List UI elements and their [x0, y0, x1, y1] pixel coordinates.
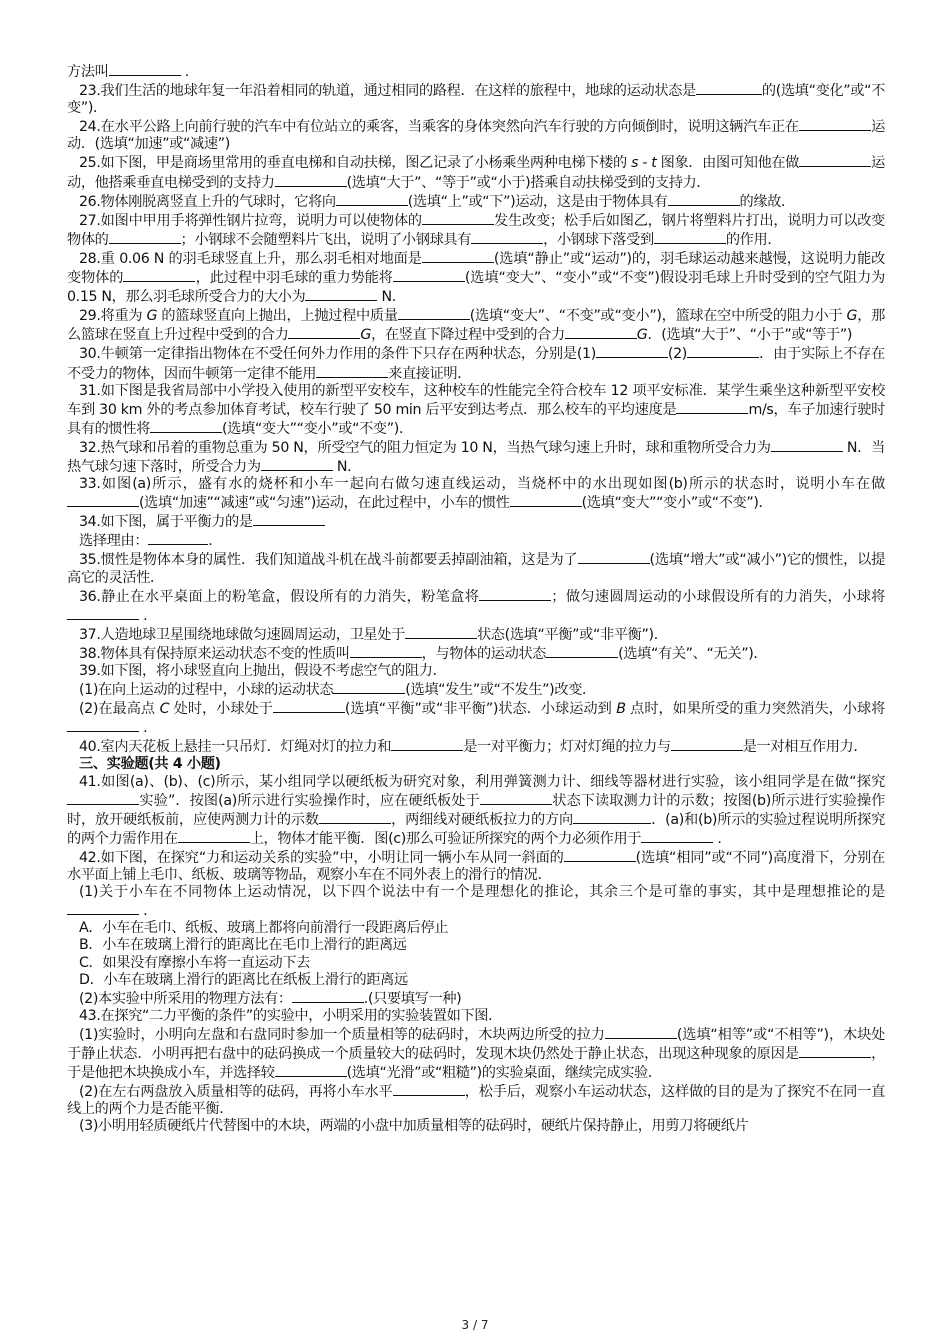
answer-blank[interactable]	[316, 364, 388, 378]
question-31: 31.如下图是我省局部中小学投入使用的新型平安校车，这种校车的性能完全符合校车 …	[67, 383, 885, 438]
answer-blank[interactable]	[123, 268, 195, 282]
question-42: 42.如下图，在探究“力和运动关系的实验”中，小明让同一辆小车从同一斜面的(选填…	[67, 848, 885, 884]
answer-blank[interactable]	[253, 512, 325, 526]
answer-blank[interactable]	[336, 192, 408, 206]
answer-blank[interactable]	[641, 829, 713, 843]
question-43-part-2: (2)在左右两盘放入质量相等的砝码，再将小车水平，松手后，观察小车运动状态，这样…	[67, 1082, 885, 1118]
question-42-part-2: (2)本实验中所采用的物理方法有：.(只要填写一种)	[67, 989, 885, 1008]
answer-blank[interactable]	[275, 1063, 347, 1077]
answer-blank[interactable]	[391, 737, 463, 751]
answer-blank[interactable]	[67, 791, 139, 805]
option-c: C．如果没有摩擦小车将一直运动下去	[67, 955, 885, 972]
answer-blank[interactable]	[471, 230, 543, 244]
answer-blank[interactable]	[67, 901, 139, 915]
answer-blank[interactable]	[422, 249, 494, 263]
answer-blank[interactable]	[687, 344, 759, 358]
answer-blank[interactable]	[564, 848, 636, 862]
answer-blank[interactable]	[292, 989, 364, 1003]
answer-blank[interactable]	[109, 62, 181, 76]
question-41: 41.如图(a)、(b)、(c)所示，某小组同学以硬纸板为研究对象，利用弹簧测力…	[67, 774, 885, 848]
question-34: 34.如下图，属于平衡力的是	[67, 512, 885, 531]
answer-blank[interactable]	[578, 550, 650, 564]
question-35: 35.惯性是物体本身的属性．我们知道战斗机在战斗前都要丢掉副油箱，这是为了(选填…	[67, 550, 885, 586]
answer-blank[interactable]	[275, 173, 347, 187]
question-42-part-1: (1)关于小车在不同物体上运动情况，以下四个说法中有一个是理想化的推论，其余三个…	[67, 884, 885, 920]
question-25: 25.如下图，甲是商场里常用的垂直电梯和自动扶梯，图乙记录了小杨乘坐两种电梯下楼…	[67, 153, 885, 191]
answer-blank[interactable]	[479, 587, 551, 601]
answer-blank[interactable]	[273, 699, 345, 713]
question-30: 30.牛顿第一定律指出物体在不受任何外力作用的条件下只存在两种状态，分别是(1)…	[67, 344, 885, 382]
question-32: 32.热气球和吊着的重物总重为 50 N，所受空气的阻力恒定为 10 N，当热气…	[67, 438, 885, 476]
question-40: 40.室内天花板上悬挂一只吊灯．灯绳对灯的拉力和是一对平衡力；灯对灯绳的拉力与是…	[67, 737, 885, 756]
answer-blank[interactable]	[668, 192, 740, 206]
document-page: 方法叫 . 23.我们生活的地球年复一年沿着相同的轨道，通过相同的路程．在这样的…	[67, 62, 885, 1135]
answer-blank[interactable]	[178, 829, 250, 843]
answer-blank[interactable]	[393, 268, 465, 282]
answer-blank[interactable]	[67, 718, 139, 732]
answer-blank[interactable]	[67, 606, 139, 620]
page-number: 3 / 7	[0, 1318, 950, 1332]
answer-blank[interactable]	[350, 644, 422, 658]
question-39-part-2: (2)在最高点 C 处时，小球处于(选填“平衡”或“非平衡”)状态．小球运动到 …	[67, 699, 885, 737]
question-27: 27.如图中甲用手将弹性钢片拉弯，说明力可以使物体的发生改变；松手后如图乙，钢片…	[67, 211, 885, 249]
answer-blank[interactable]	[422, 211, 494, 225]
answer-blank[interactable]	[573, 810, 651, 824]
question-39-part-1: (1)在向上运动的过程中，小球的运动状态(选填“发生”或“不发生”)改变．	[67, 680, 885, 699]
answer-blank[interactable]	[398, 306, 470, 320]
question-38: 38.物体具有保持原来运动状态不变的性质叫，与物体的运动状态(选填“有关”、“无…	[67, 644, 885, 663]
question-33: 33.如图(a)所示，盛有水的烧杯和小车一起向右做匀速直线运动，当烧杯中的水出现…	[67, 476, 885, 512]
answer-blank[interactable]	[148, 531, 208, 545]
section-heading: 三、实验题(共 4 小题)	[67, 756, 885, 773]
question-23: 23.我们生活的地球年复一年沿着相同的轨道，通过相同的路程．在这样的旅程中，地球…	[67, 81, 885, 117]
answer-blank[interactable]	[67, 493, 139, 507]
answer-blank[interactable]	[333, 680, 405, 694]
answer-blank[interactable]	[261, 457, 333, 471]
answer-blank[interactable]	[109, 230, 181, 244]
answer-blank[interactable]	[319, 810, 391, 824]
answer-blank[interactable]	[405, 625, 477, 639]
question-22-tail: 方法叫 .	[67, 62, 885, 81]
answer-blank[interactable]	[771, 438, 843, 452]
question-39: 39.如下图，将小球竖直向上抛出，假设不考虑空气的阻力．	[67, 663, 885, 680]
answer-blank[interactable]	[799, 117, 871, 131]
question-29: 29.将重为 G 的篮球竖直向上抛出，上抛过程中质量(选填“变大”、“不变”或“…	[67, 306, 885, 344]
question-24: 24.在水平公路上向前行驶的汽车中有位站立的乘客，当乘客的身体突然向汽车行驶的方…	[67, 117, 885, 153]
answer-blank[interactable]	[305, 287, 377, 301]
answer-blank[interactable]	[393, 1082, 465, 1096]
answer-blank[interactable]	[596, 344, 668, 358]
answer-blank[interactable]	[150, 419, 222, 433]
answer-blank[interactable]	[654, 230, 726, 244]
question-43: 43.在探究“二力平衡的条件”的实验中，小明采用的实验装置如下图．	[67, 1008, 885, 1025]
answer-blank[interactable]	[565, 325, 637, 339]
answer-blank[interactable]	[605, 1025, 677, 1039]
option-a: A．小车在毛巾、纸板、玻璃上都将向前滑行一段距离后停止	[67, 920, 885, 937]
question-28: 28.重 0.06 N 的羽毛球竖直上升，那么羽毛相对地面是(选填“静止”或“运…	[67, 249, 885, 306]
option-b: B．小车在玻璃上滑行的距离比在毛巾上滑行的距离远	[67, 937, 885, 954]
question-26: 26.物体刚脱离竖直上升的气球时，它将向(选填“上”或“下”)运动，这是由于物体…	[67, 192, 885, 211]
answer-blank[interactable]	[288, 325, 360, 339]
question-43-part-1: (1)实验时，小明向左盘和右盘同时参加一个质量相等的砝码时，木块两边所受的拉力(…	[67, 1025, 885, 1082]
question-37: 37.人造地球卫星围绕地球做匀速圆周运动，卫星处于状态(选填“平衡”或“非平衡”…	[67, 625, 885, 644]
option-d: D．小车在玻璃上滑行的距离比在纸板上滑行的距离远	[67, 972, 885, 989]
answer-blank[interactable]	[510, 493, 582, 507]
question-36: 36.静止在水平桌面上的粉笔盒，假设所有的力消失，粉笔盒将；做匀速圆周运动的小球…	[67, 587, 885, 625]
question-43-part-3: (3)小明用轻质硬纸片代替图中的木块，两端的小盘中加质量相等的砝码时，硬纸片保持…	[67, 1118, 885, 1135]
answer-blank[interactable]	[671, 737, 743, 751]
answer-blank[interactable]	[480, 791, 552, 805]
question-34-reason: 选择理由：.	[67, 531, 885, 550]
answer-blank[interactable]	[799, 1044, 871, 1058]
answer-blank[interactable]	[546, 644, 618, 658]
answer-blank[interactable]	[676, 400, 748, 414]
answer-blank[interactable]	[696, 81, 762, 95]
answer-blank[interactable]	[799, 153, 871, 167]
